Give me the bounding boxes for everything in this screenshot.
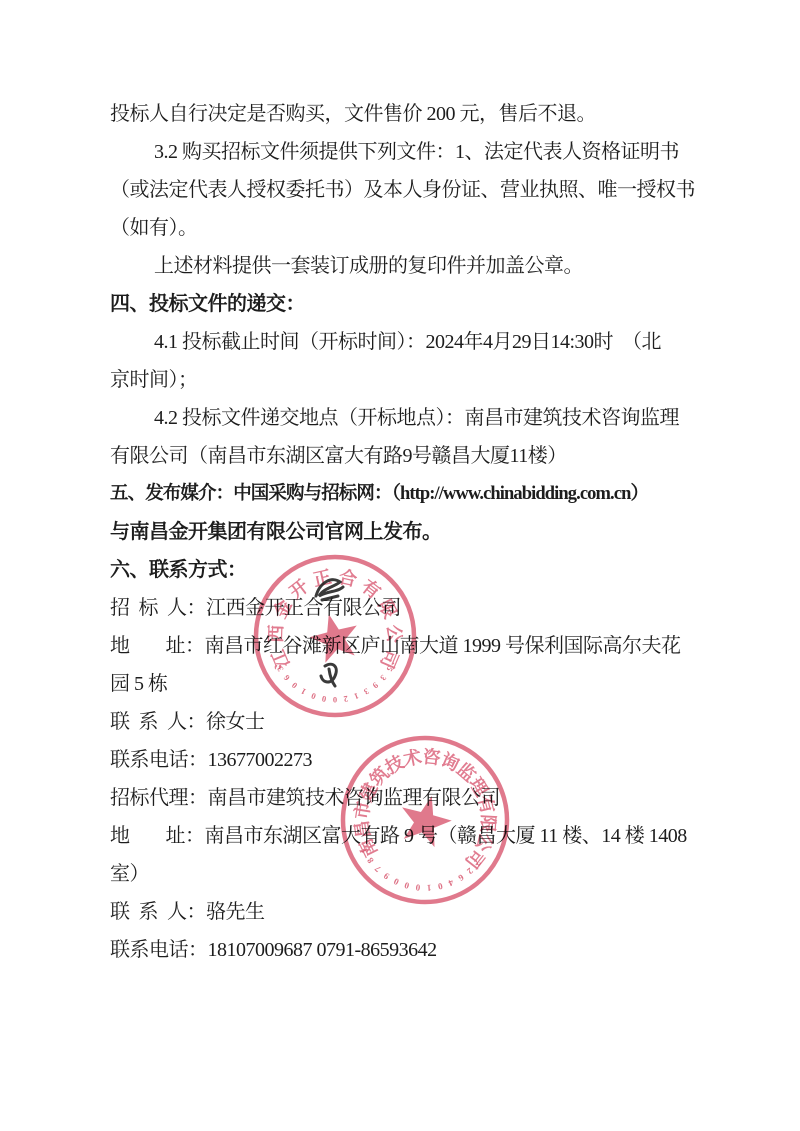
- seal-star-icon: [394, 789, 456, 849]
- ink-scribble-bottom: [321, 664, 336, 686]
- document-line: 与南昌金开集团有限公司官网上发布。: [110, 513, 696, 551]
- svg-text:0: 0: [333, 695, 337, 705]
- document-page: 投标人自行决定是否购买，文件售价 200 元，售后不退。3.2 购买招标文件须提…: [0, 0, 800, 1131]
- svg-text:0: 0: [436, 881, 443, 892]
- svg-text:限: 限: [374, 596, 400, 621]
- svg-text:0: 0: [403, 880, 410, 891]
- svg-text:限: 限: [477, 814, 498, 833]
- svg-text:金: 金: [269, 596, 296, 622]
- agency-company-seal: 南昌市建筑技术咨询监理有限公司 1879000104627: [335, 733, 517, 907]
- svg-text:公: 公: [384, 624, 405, 643]
- svg-text:9: 9: [371, 680, 381, 690]
- document-line: 五、发布媒介：中国采购与招标网：（http://www.chinabidding…: [110, 475, 696, 513]
- svg-text:9: 9: [381, 870, 391, 881]
- document-line: （如有）。: [110, 209, 696, 247]
- svg-text:3: 3: [362, 686, 371, 697]
- svg-text:2: 2: [343, 694, 349, 705]
- svg-text:0: 0: [321, 694, 327, 705]
- svg-text:4: 4: [447, 877, 455, 888]
- svg-text:0: 0: [392, 876, 401, 887]
- svg-text:有: 有: [474, 793, 499, 816]
- svg-text:西: 西: [266, 624, 287, 643]
- svg-text:6: 6: [281, 673, 291, 683]
- document-line: 3.2 购买招标文件须提供下列文件：1、法定代表人资格证明书: [110, 133, 696, 171]
- document-line: 4.2 投标文件递交地点（开标地点）：南昌市建筑技术咨询监理: [110, 399, 696, 437]
- svg-text:6: 6: [456, 872, 466, 883]
- svg-text:3: 3: [378, 673, 388, 683]
- svg-text:0: 0: [415, 882, 421, 892]
- document-line: 有限公司（南昌市东湖区富大有路9号赣昌大厦11楼）: [110, 437, 696, 475]
- ink-scribble-top: [316, 580, 343, 600]
- svg-text:7: 7: [372, 863, 383, 874]
- svg-text:1: 1: [299, 686, 308, 697]
- document-line: （或法定代表人授权委托书）及本人身份证、营业执照、唯一授权书: [110, 171, 696, 209]
- svg-text:昌: 昌: [351, 819, 373, 840]
- ink-mark: [308, 572, 354, 694]
- svg-text:1: 1: [426, 883, 432, 893]
- document-line: 投标人自行决定是否购买，文件售价 200 元，售后不退。: [110, 95, 696, 133]
- document-line: 京时间）；: [110, 361, 696, 399]
- svg-text:有: 有: [358, 575, 385, 603]
- svg-text:0: 0: [290, 680, 300, 690]
- document-line: 4.1 投标截止时间（开标时间）：2024年4月29日14:30时 （北: [110, 323, 696, 361]
- document-line: 四、投标文件的递交：: [110, 285, 696, 323]
- document-line: 联系电话：18107009687 0791-86593642: [110, 931, 696, 969]
- document-line: 上述材料提供一套装订成册的复印件并加盖公章。: [110, 247, 696, 285]
